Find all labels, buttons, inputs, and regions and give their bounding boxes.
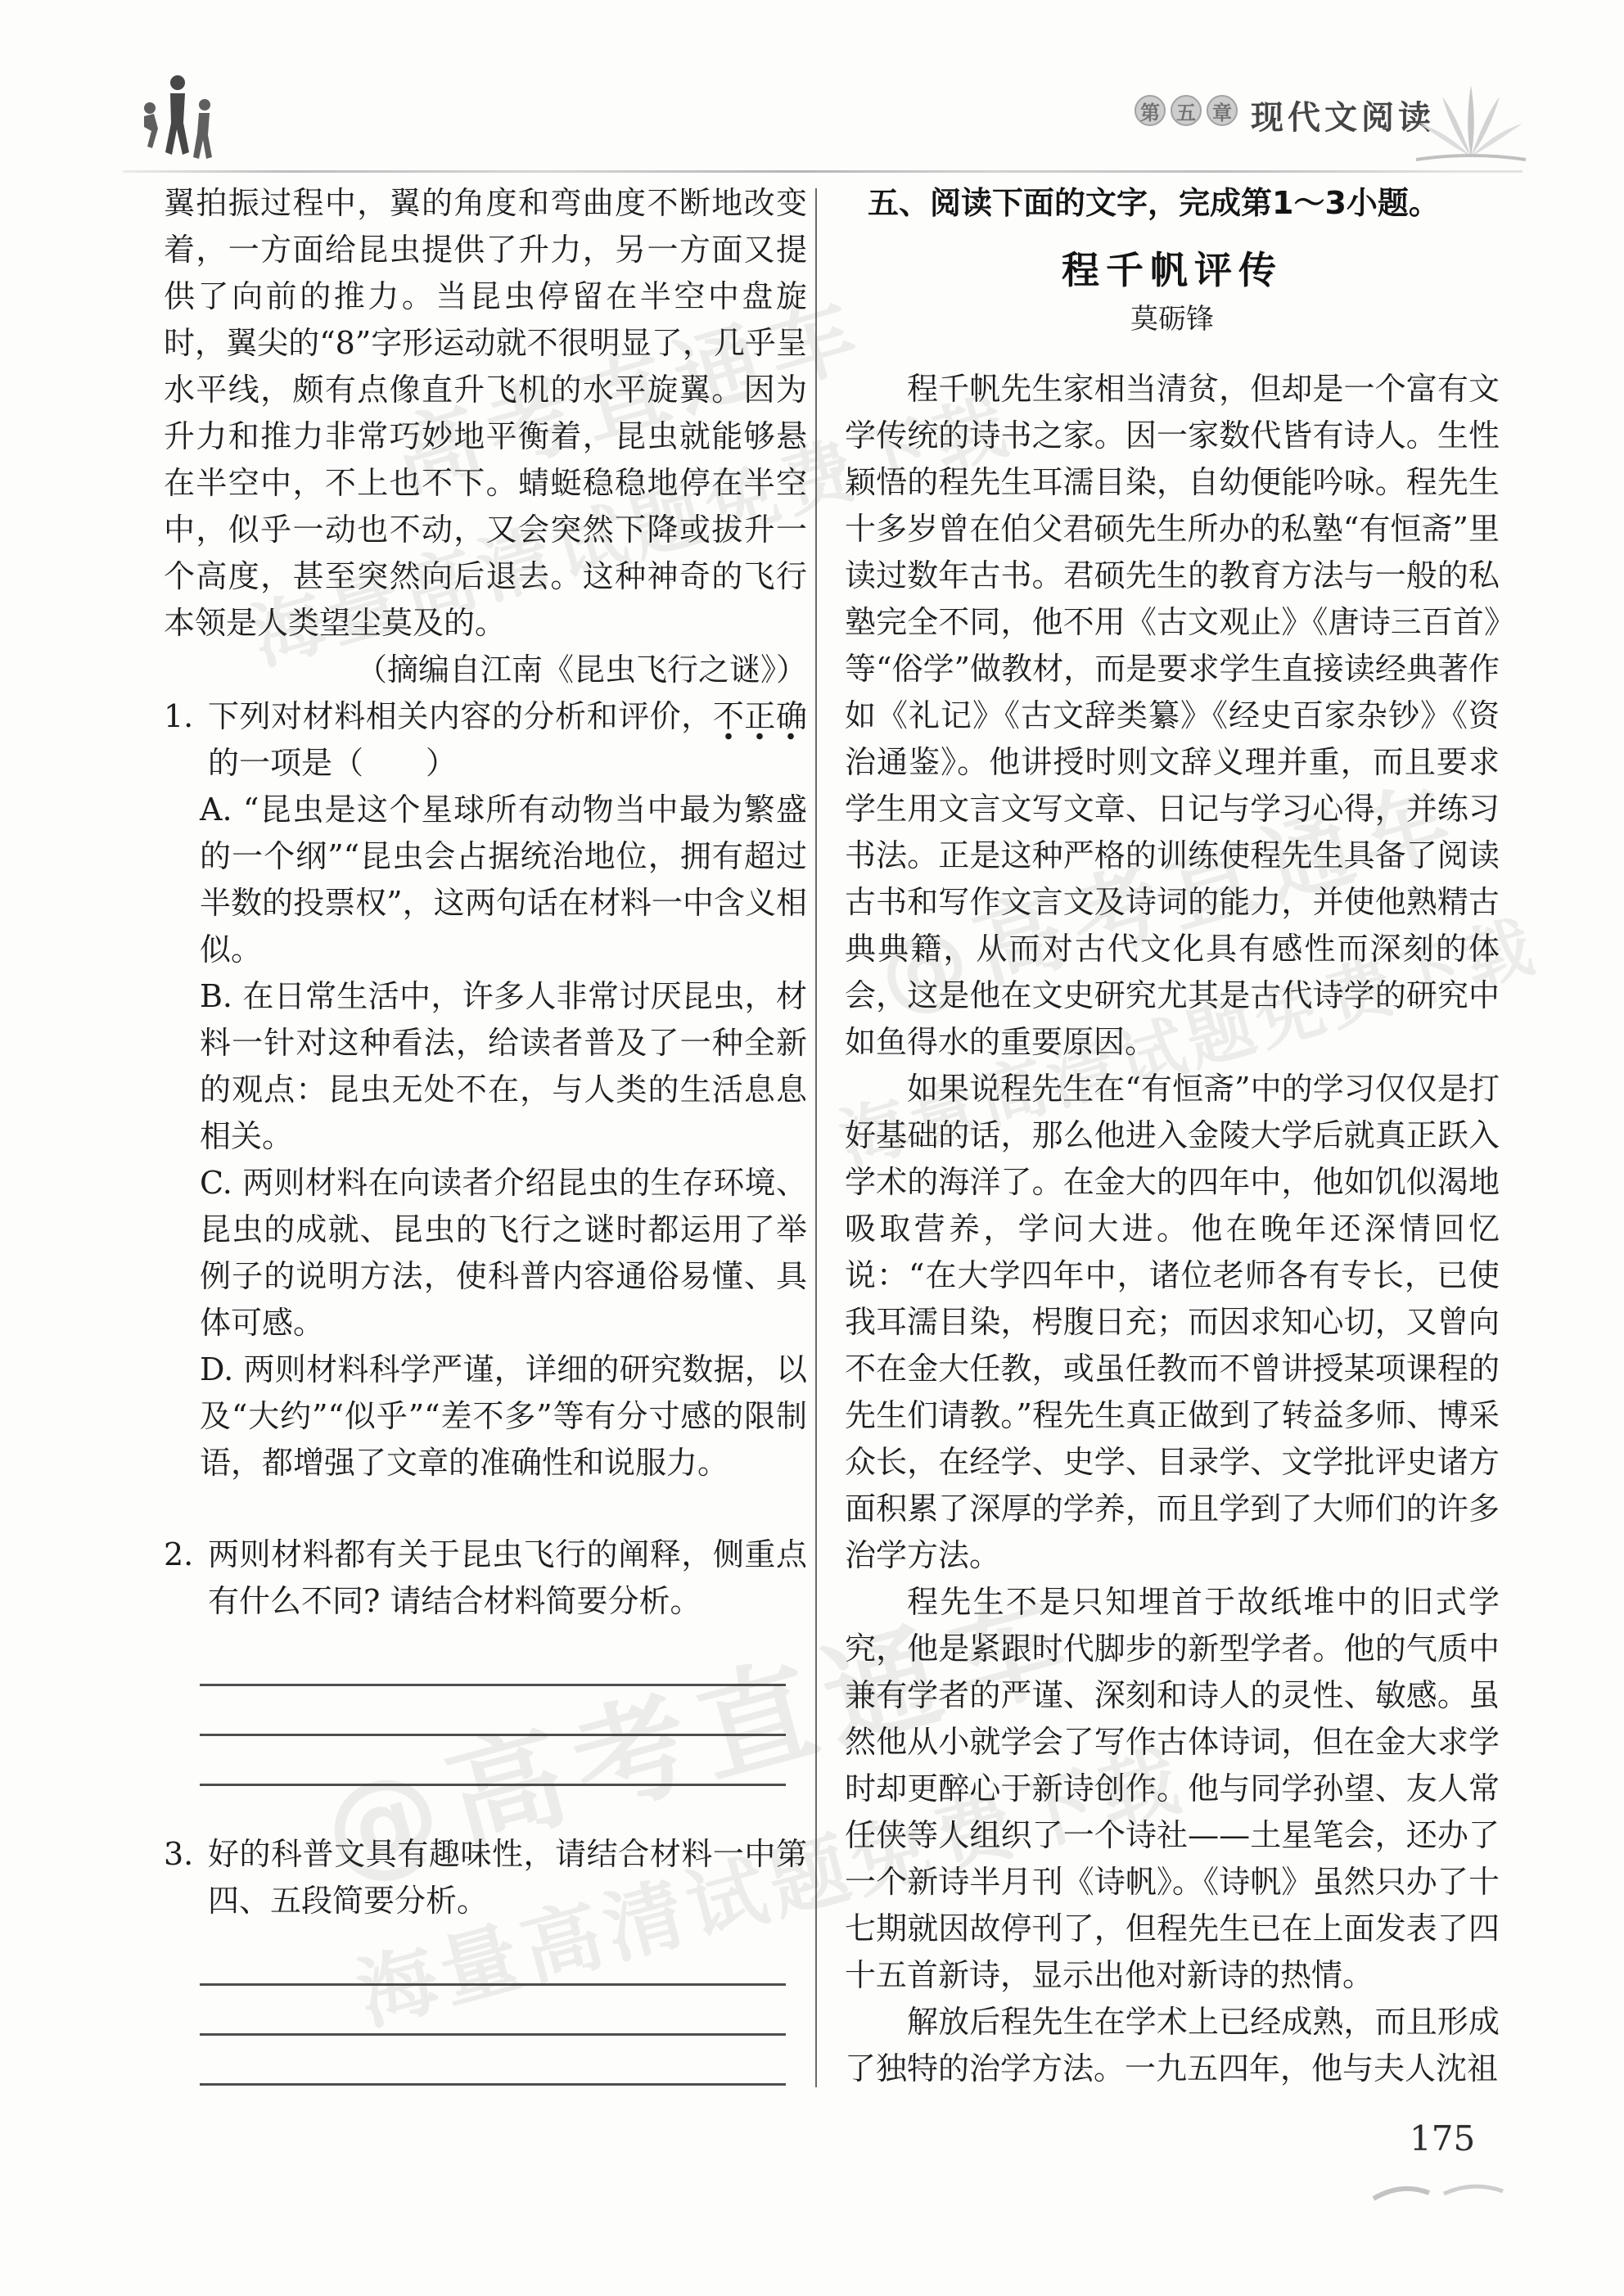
- option-label: D.: [200, 1351, 233, 1387]
- textbook-page: 高考直通车 海量高清试题免费下载 @高考直通车 海量高清试题免费下载 @高考直通…: [0, 0, 1624, 2296]
- header-rule: [123, 170, 1522, 173]
- swoosh-icon: [1369, 2166, 1541, 2215]
- chapter-badge-char: 章: [1207, 95, 1238, 126]
- option-label: C.: [200, 1165, 232, 1201]
- article-paragraph: 如果说程先生在“有恒斋”中的学习仅仅是打好基础的话，那么他进入金陵大学后就真正跃…: [845, 1066, 1500, 1579]
- option-a: A. “昆虫是这个星球所有动物当中最为繁盛的一个纲”“昆虫会占据统治地位，拥有超…: [200, 787, 807, 973]
- passage-attribution: （摘编自江南《昆虫飞行之谜》）: [164, 647, 807, 693]
- stem-emphasis: 不正确: [713, 698, 807, 741]
- option-text: 在日常生活中，许多人非常讨厌昆虫，材料一针对这种看法，给读者普及了一种全新的观点…: [200, 978, 807, 1154]
- chapter-badge-char: 第: [1135, 95, 1166, 126]
- answer-blank-line: [200, 1986, 786, 2036]
- passage-paragraph: 翼拍振过程中，翼的角度和弯曲度不断地改变着，一方面给昆虫提供了升力，另一方面又提…: [164, 180, 807, 647]
- article-title: 程千帆评传: [845, 245, 1500, 295]
- answer-lines: [200, 1636, 786, 1786]
- question-stem: 好的科普文具有趣味性，请结合材料一中第四、五段简要分析。: [208, 1831, 807, 1924]
- answer-blank-line: [200, 1736, 786, 1786]
- leaf-decoration-icon: [1410, 79, 1532, 170]
- option-b: B. 在日常生活中，许多人非常讨厌昆虫，材料一针对这种看法，给读者普及了一种全新…: [200, 973, 807, 1160]
- option-text: 两则材料在向读者介绍昆虫的生存环境、昆虫的成就、昆虫的飞行之谜时都运用了举例子的…: [200, 1165, 807, 1341]
- answer-blank-line: [200, 1686, 786, 1736]
- answer-blank-line: [200, 1936, 786, 1986]
- article-author: 莫砺锋: [845, 299, 1500, 340]
- question-1: 1. 下列对材料相关内容的分析和评价，不正确的一项是（ ） A. “昆虫是这个星…: [164, 693, 807, 1486]
- page-number: 175: [1410, 2118, 1475, 2158]
- option-label: B.: [200, 978, 232, 1014]
- question-number: 3.: [164, 1831, 193, 1878]
- question-3: 3. 好的科普文具有趣味性，请结合材料一中第四、五段简要分析。: [164, 1831, 807, 2086]
- answer-blank-line: [200, 2036, 786, 2086]
- section-heading: 五、阅读下面的文字，完成第1～3小题。: [868, 180, 1500, 227]
- running-figures-icon: [135, 72, 220, 172]
- chapter-badge: 第 五 章: [1135, 95, 1238, 126]
- article-paragraph: 解放后程先生在学术上已经成熟，而且形成了独特的治学方法。一九五四年，他与夫人沈祖: [845, 1999, 1500, 2092]
- option-text: 两则材料科学严谨，详细的研究数据，以及“大约”“似乎”“差不多”等有分寸感的限制…: [200, 1351, 807, 1481]
- question-number: 1.: [164, 693, 193, 740]
- stem-text: 的一项是（ ）: [208, 745, 457, 781]
- right-column: 五、阅读下面的文字，完成第1～3小题。 程千帆评传 莫砺锋 程千帆先生家相当清贫…: [845, 180, 1500, 2092]
- chapter-badge-char: 五: [1171, 95, 1202, 126]
- option-d: D. 两则材料科学严谨，详细的研究数据，以及“大约”“似乎”“差不多”等有分寸感…: [200, 1346, 807, 1486]
- answer-blank-line: [200, 1636, 786, 1686]
- left-column: 翼拍振过程中，翼的角度和弯曲度不断地改变着，一方面给昆虫提供了升力，另一方面又提…: [164, 180, 807, 2086]
- chapter-title: 现代文阅读: [1251, 92, 1435, 138]
- column-divider: [815, 188, 817, 2087]
- option-label: A.: [200, 792, 232, 828]
- stem-text: 下列对材料相关内容的分析和评价，: [208, 698, 713, 734]
- question-2: 2. 两则材料都有关于昆虫飞行的阐释，侧重点有什么不同? 请结合材料简要分析。: [164, 1531, 807, 1786]
- answer-lines: [200, 1936, 786, 2086]
- option-c: C. 两则材料在向读者介绍昆虫的生存环境、昆虫的成就、昆虫的飞行之谜时都运用了举…: [200, 1160, 807, 1346]
- article-paragraph: 程先生不是只知埋首于故纸堆中的旧式学究，他是紧跟时代脚步的新型学者。他的气质中兼…: [845, 1579, 1500, 1999]
- question-number: 2.: [164, 1531, 193, 1578]
- question-stem: 两则材料都有关于昆虫飞行的阐释，侧重点有什么不同? 请结合材料简要分析。: [208, 1531, 807, 1625]
- question-stem: 下列对材料相关内容的分析和评价，不正确的一项是（ ）: [208, 693, 807, 787]
- article-paragraph: 程千帆先生家相当清贫，但却是一个富有文学传统的诗书之家。因一家数代皆有诗人。生性…: [845, 366, 1500, 1066]
- option-text: “昆虫是这个星球所有动物当中最为繁盛的一个纲”“昆虫会占据统治地位，拥有超过半数…: [200, 792, 807, 968]
